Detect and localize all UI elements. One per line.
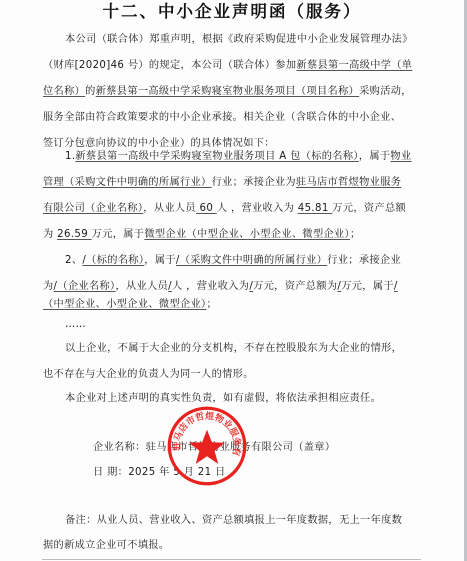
item2-line-1: 2、/（标的名称），属于/（采购文件中明确的所属行业）行业；承接企业	[65, 254, 401, 268]
item1-industry: 管理（采购文件中明确的所属行业）	[43, 177, 212, 188]
intro-line-3: 位名称）的新蔡县第一高级中学采购寝室物业服务项目（项目名称）采购活动，	[43, 85, 412, 99]
statement-line-3: 本企业对上述声明的真实性负责，如有虚假，将依法承担相应责任。	[65, 392, 381, 406]
item1-company: 有限公司（企业名称）	[43, 203, 143, 214]
item1-size: 微型企业（中型企业、小型企业、微型企业）	[144, 229, 350, 240]
unit-name: 新蔡县第一高级中学（单	[296, 60, 412, 71]
page-bottom-rule	[42, 559, 421, 560]
item1-staff: 60	[196, 203, 217, 214]
document-page: 十二、中小企业声明函（服务） 本公司（联合体）郑重声明，根据《政府采购促进中小企…	[0, 0, 464, 561]
remark-line-2: 据的新成立企业可不填报。	[43, 539, 169, 553]
ellipsis: ……	[65, 318, 86, 332]
statement-line-1: 以上企业，不属于大企业的分支机构，不存在控股股东为大企业的情形，	[65, 342, 402, 356]
statement-line-2: 也不存在与大企业的负责人为同一人的情形。	[43, 368, 254, 382]
item1-revenue: 45.81	[298, 203, 333, 214]
intro-line-1: 本公司（联合体）郑重声明，根据《政府采购促进中小企业发展管理办法》	[65, 33, 413, 47]
intro-line-2: （财库[2020]46 号）的规定，本公司（联合体）参加新蔡县第一高级中学（单	[43, 59, 412, 73]
item1-line-1: 1.新蔡县第一高级中学采购寝室物业服务项目 A 包（标的名称），属于物业	[65, 150, 412, 164]
item2-line-3: （中型企业、小型企业、微型企业）；	[43, 298, 217, 312]
item1-line-2: 管理（采购文件中明确的所属行业）行业；承接企业为驻马店市哲煜物业服务	[43, 176, 401, 190]
company-signature: 企业名称：驻马店市哲煜物业服务有限公司（盖章）	[93, 441, 335, 455]
signature-date: 日 期：2025 年 5 月 21 日	[93, 466, 226, 480]
item2-line-2: 为/（企业名称），从业人员/人 ，营业收入为/万元，资产总额为/万元，属于/	[43, 280, 398, 294]
intro-line-5: 签订分包意向协议的中小企业）的具体情况如下：	[43, 137, 275, 151]
item1-assets: 26.59	[57, 229, 92, 240]
item1-line-4: 为 26.59 万元，属于微型企业（中型企业、小型企业、微型企业）；	[43, 228, 361, 242]
project-name: 新蔡县第一高级中学采购寝室物业服务项目（项目名称）	[96, 86, 359, 97]
item1-line-3: 有限公司（企业名称），从业人员 60 人 ，营业收入为 45.81 万元，资产总…	[43, 202, 406, 216]
page-title: 十二、中小企业声明函（服务）	[0, 1, 464, 23]
item1-subject: 新蔡县第一高级中学采购寝室物业服务项目 A 包（标的名称）	[75, 151, 358, 162]
intro-line-4: 服务全部由符合政策要求的中小企业承接。相关企业（含联合体的中小企业、	[43, 111, 401, 125]
remark-line-1: 备注：从业人员、营业收入、资产总额填报上一年度数据，无上一年度数	[65, 514, 402, 528]
